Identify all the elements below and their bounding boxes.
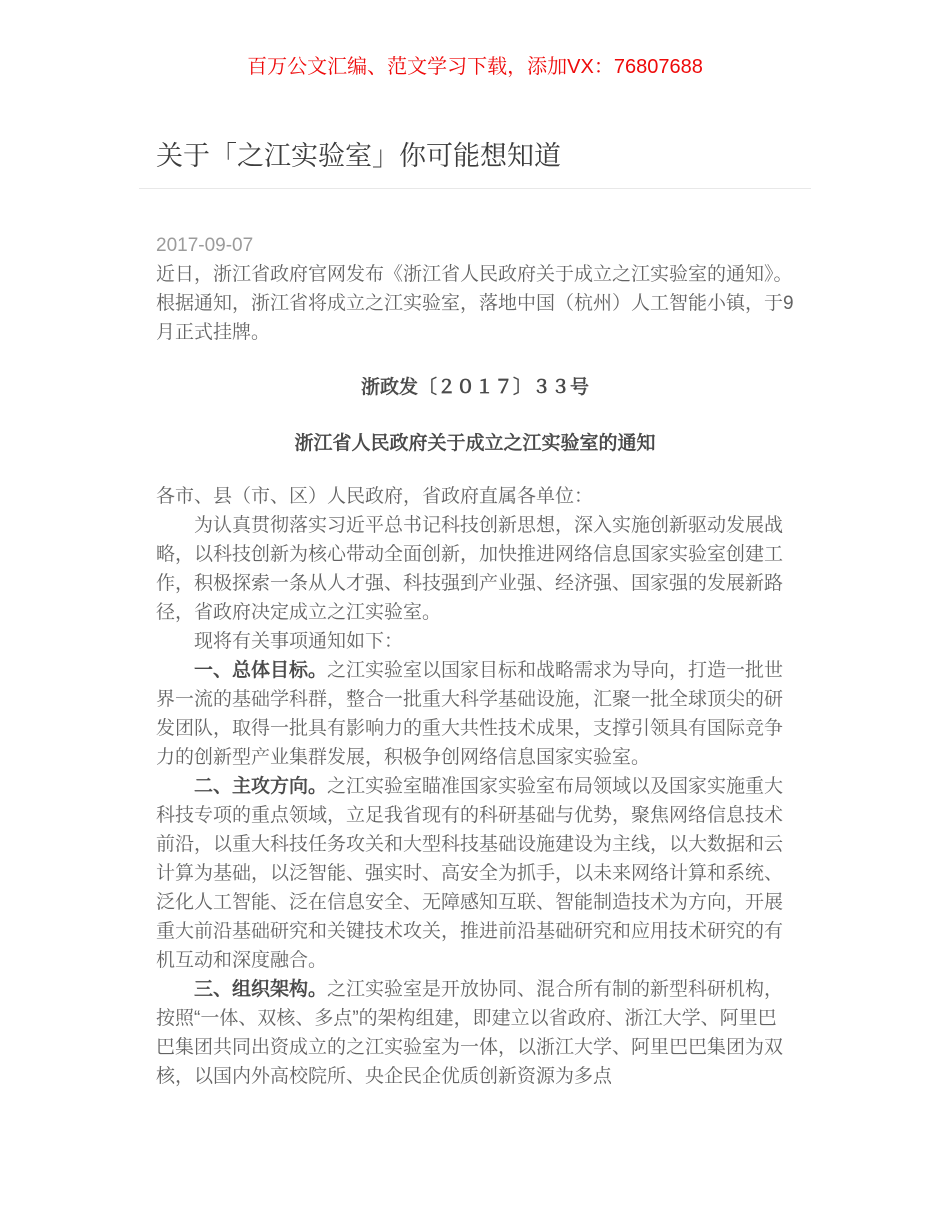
promo-banner-text: 百万公文汇编、范文学习下载，添加VX：76807688 [247, 56, 703, 78]
salutation: 各市、县（市、区）人民政府，省政府直属各单位： [156, 482, 794, 511]
article: 关于「之江实验室」你可能想知道 2017-09-07 近日，浙江省政府官网发布《… [139, 139, 811, 1091]
paragraph-notice-intro: 现将有关事项通知如下： [156, 627, 794, 656]
paragraph-main-direction: 二、主攻方向。之江实验室瞄准国家实验室布局领域以及国家实施重大科技专项的重点领域… [156, 772, 794, 975]
paragraph-overall-goal: 一、总体目标。之江实验室以国家目标和战略需求为导向，打造一批世界一流的基础学科群… [156, 656, 794, 772]
paragraph-text: 现将有关事项通知如下： [194, 631, 403, 652]
paragraph-lead: 二、主攻方向。 [194, 776, 327, 797]
paragraph-lead: 一、总体目标。 [194, 660, 327, 681]
paragraph-preamble: 为认真贯彻落实习近平总书记科技创新思想，深入实施创新驱动发展战略，以科技创新为核… [156, 511, 794, 627]
paragraph-org-structure: 三、组织架构。之江实验室是开放协同、混合所有制的新型科研机构，按照“一体、双核、… [156, 975, 794, 1091]
title-divider [139, 188, 811, 189]
page: 百万公文汇编、范文学习下载，添加VX：76807688 关于「之江实验室」你可能… [0, 0, 950, 1230]
paragraph-lead: 三、组织架构。 [194, 979, 327, 1000]
paragraph-text: 之江实验室瞄准国家实验室布局领域以及国家实施重大科技专项的重点领域，立足我省现有… [156, 776, 783, 971]
paragraph-text: 为认真贯彻落实习近平总书记科技创新思想，深入实施创新驱动发展战略，以科技创新为核… [156, 515, 783, 623]
publish-date: 2017-09-07 [156, 231, 794, 260]
intro-paragraph: 近日，浙江省政府官网发布《浙江省人民政府关于成立之江实验室的通知》。根据通知，浙… [156, 260, 794, 347]
doc-title: 浙江省人民政府关于成立之江实验室的通知 [156, 429, 794, 458]
doc-number: 浙政发〔２０１７〕３３号 [156, 373, 794, 402]
article-title: 关于「之江实验室」你可能想知道 [156, 139, 794, 173]
promo-banner: 百万公文汇编、范文学习下载，添加VX：76807688 [0, 0, 950, 79]
